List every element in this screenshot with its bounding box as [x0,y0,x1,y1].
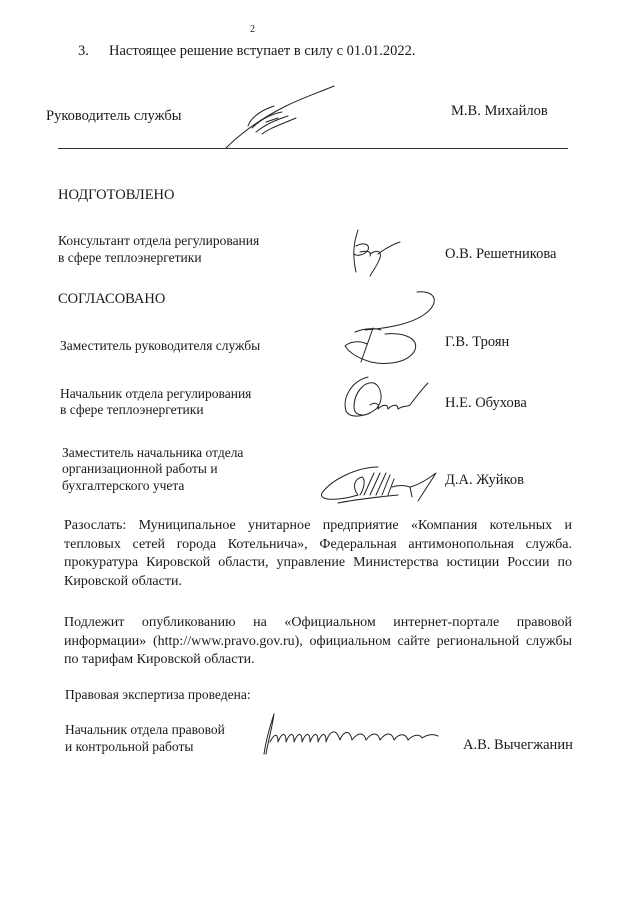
approved-heading: СОГЛАСОВАНО [58,290,165,308]
legal-review-name: А.В. Вычегжанин [463,736,573,754]
signature-troyan [345,292,445,372]
signer-name: О.В. Решетникова [445,245,556,263]
signer-position-line: Консультант отдела регулирования [58,232,259,249]
signer-position-line: бухгалтерского учета [62,477,184,494]
signature-reshetnikova [350,228,400,278]
prepared-heading: НОДГОТОВЛЕНО [58,186,175,204]
signer-position-line: в сфере теплоэнергетики [60,401,204,418]
head-position: Руководитель службы [46,107,182,125]
signature-divider [58,148,568,149]
signer-name: Д.А. Жуйков [445,471,524,489]
signer-name: Г.В. Троян [445,333,509,351]
signer-position-line: Заместитель руководителя службы [60,337,260,354]
signer-position-line: Заместитель начальника отдела [62,444,243,461]
legal-review-position-line: и контрольной работы [65,738,193,755]
signature-obukhova [340,375,430,420]
signer-name: Н.Е. Обухова [445,394,527,412]
head-name: М.В. Михайлов [451,102,548,120]
signer-position-line: организационной работы и [62,460,218,477]
signer-position-line: Начальник отдела регулирования [60,385,251,402]
legal-review-position-line: Начальник отдела правовой [65,721,225,738]
signature-zhuykov [318,465,443,505]
clause-text: Настоящее решение вступает в силу с 01.0… [109,42,416,60]
signature-vychegzhanin [254,712,444,756]
page-number: 2 [250,24,255,35]
signature-head [222,88,342,148]
signer-position-line: в сфере теплоэнергетики [58,249,202,266]
publication-text: Подлежит опубликованию на «Официальном и… [64,614,572,670]
distribution-text: Разослать: Муниципальное унитарное предп… [64,517,572,591]
legal-review-heading: Правовая экспертиза проведена: [65,686,251,703]
clause-number: 3. [78,42,89,60]
